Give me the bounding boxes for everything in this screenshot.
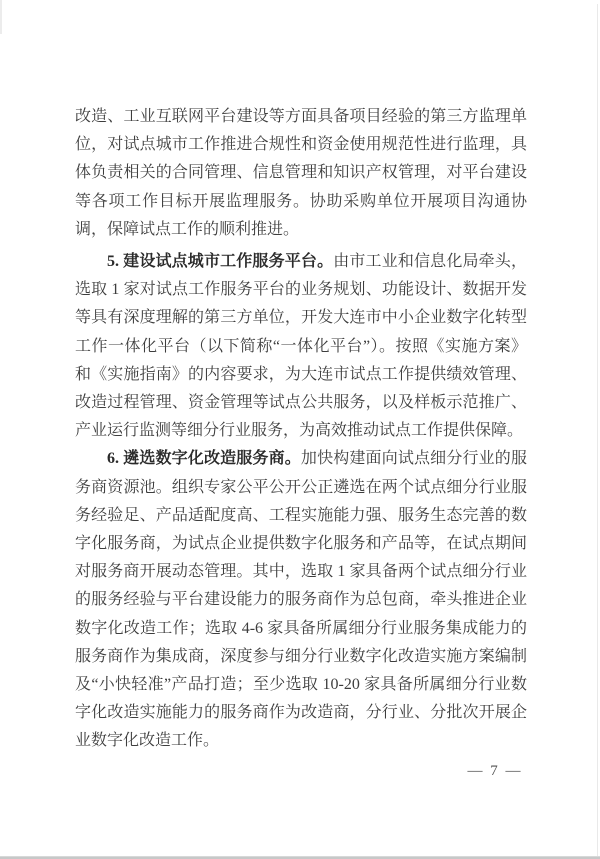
document-page: 改造、工业互联网平台建设等方面具备项目经验的第三方监理单位，对试点城市工作推进合… [0, 0, 600, 859]
document-body: 改造、工业互联网平台建设等方面具备项目经验的第三方监理单位，对试点城市工作推进合… [75, 103, 527, 756]
paragraph-item-5: 5. 建设试点城市工作服务平台。由市工业和信息化局牵头，选取 1 家对试点工作服… [75, 248, 527, 445]
paragraph-continuation: 改造、工业互联网平台建设等方面具备项目经验的第三方监理单位，对试点城市工作推进合… [75, 103, 527, 244]
scan-edge-top-left [0, 0, 2, 34]
page-number: — 7 — [450, 763, 540, 780]
paragraph-item-6: 6. 遴选数字化改造服务商。加快构建面向试点细分行业的服务商资源池。组织专家公平… [75, 445, 527, 755]
paragraph-heading: 5. 建设试点城市工作服务平台。 [107, 253, 333, 270]
paragraph-text: 由市工业和信息化局牵头，选取 1 家对试点工作服务平台的业务规划、功能设计、数据… [75, 253, 527, 439]
paragraph-text: 加快构建面向试点细分行业的服务商资源池。组织专家公平公开公正遴选在两个试点细分行… [75, 450, 527, 749]
scan-edge-right [597, 4, 598, 859]
paragraph-text: 改造、工业互联网平台建设等方面具备项目经验的第三方监理单位，对试点城市工作推进合… [75, 108, 527, 238]
paragraph-heading: 6. 遴选数字化改造服务商。 [107, 450, 301, 467]
